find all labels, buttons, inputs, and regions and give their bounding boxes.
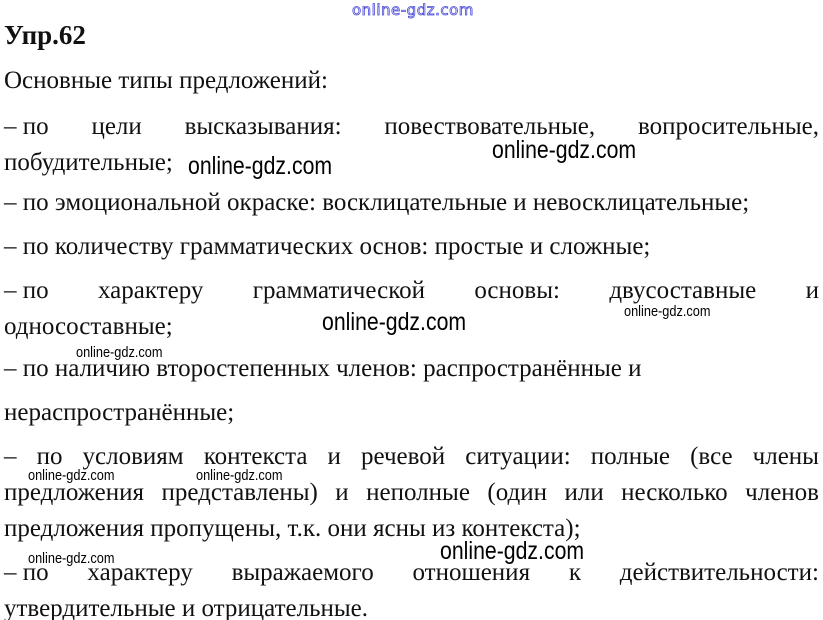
word: основы: — [474, 278, 560, 303]
word: или — [564, 480, 603, 505]
word: цели — [91, 114, 141, 139]
list-item-purpose: – поцеливысказывания:повествовательные,в… — [4, 114, 819, 139]
word: действительности: — [620, 560, 819, 585]
watermark: online-gdz.com — [322, 308, 466, 337]
word: – — [4, 444, 17, 469]
word: и — [328, 444, 341, 469]
word: (все — [690, 444, 732, 469]
list-item-purpose-cont: побудительные; — [4, 150, 173, 175]
watermark: online-gdz.com — [188, 152, 332, 181]
word: речевой — [361, 444, 445, 469]
list-item-context: –поусловиямконтекстаиречевойситуации:пол… — [4, 444, 819, 469]
word: неполные — [366, 480, 470, 505]
word: характеру — [98, 278, 203, 303]
list-item-basis-type: – похарактеруграмматическойосновы:двусос… — [4, 278, 819, 303]
watermark: online-gdz.com — [196, 467, 282, 484]
watermark: online-gdz.com — [492, 136, 636, 165]
word: условиям — [83, 444, 184, 469]
word: высказывания: — [185, 114, 342, 139]
watermark: online-gdz.com — [624, 303, 710, 320]
list-item-relation-cont: утвердительные и отрицательные. — [4, 596, 368, 620]
word: (один — [487, 480, 547, 505]
word: и — [335, 480, 348, 505]
word: – по — [4, 114, 49, 139]
watermark: online-gdz.com — [28, 550, 114, 567]
word: члены — [753, 444, 819, 469]
word: членов — [745, 480, 819, 505]
watermark: online-gdz.com — [440, 537, 584, 566]
list-item-emotion: – по эмоциональной окраске: восклицатель… — [4, 190, 749, 215]
word: несколько — [621, 480, 728, 505]
word: ситуации: — [465, 444, 570, 469]
word: грамматической — [253, 278, 425, 303]
word: двусоставные — [609, 278, 756, 303]
watermark: online-gdz.com — [76, 344, 162, 361]
word: и — [806, 278, 819, 303]
word: – по — [4, 278, 49, 303]
list-item-secondary-cont: нераспространённые; — [4, 400, 234, 425]
watermark-top: online-gdz.com — [352, 1, 474, 19]
list-item-basis-type-cont: односоставные; — [4, 314, 173, 339]
word: вопросительные, — [638, 114, 819, 139]
list-item-relation: – похарактерувыражаемогоотношениякдейств… — [4, 560, 819, 585]
watermark: online-gdz.com — [28, 467, 114, 484]
list-item-context-cont1: предложенияпредставлены)инеполные(одинил… — [4, 480, 819, 505]
intro-text: Основные типы предложений: — [4, 68, 328, 93]
word: контекста — [204, 444, 308, 469]
word: по — [37, 444, 63, 469]
exercise-title: Упр.62 — [4, 20, 86, 51]
word: полные — [591, 444, 670, 469]
word: выражаемого — [232, 560, 374, 585]
list-item-bases: – по количеству грамматических основ: пр… — [4, 234, 650, 259]
